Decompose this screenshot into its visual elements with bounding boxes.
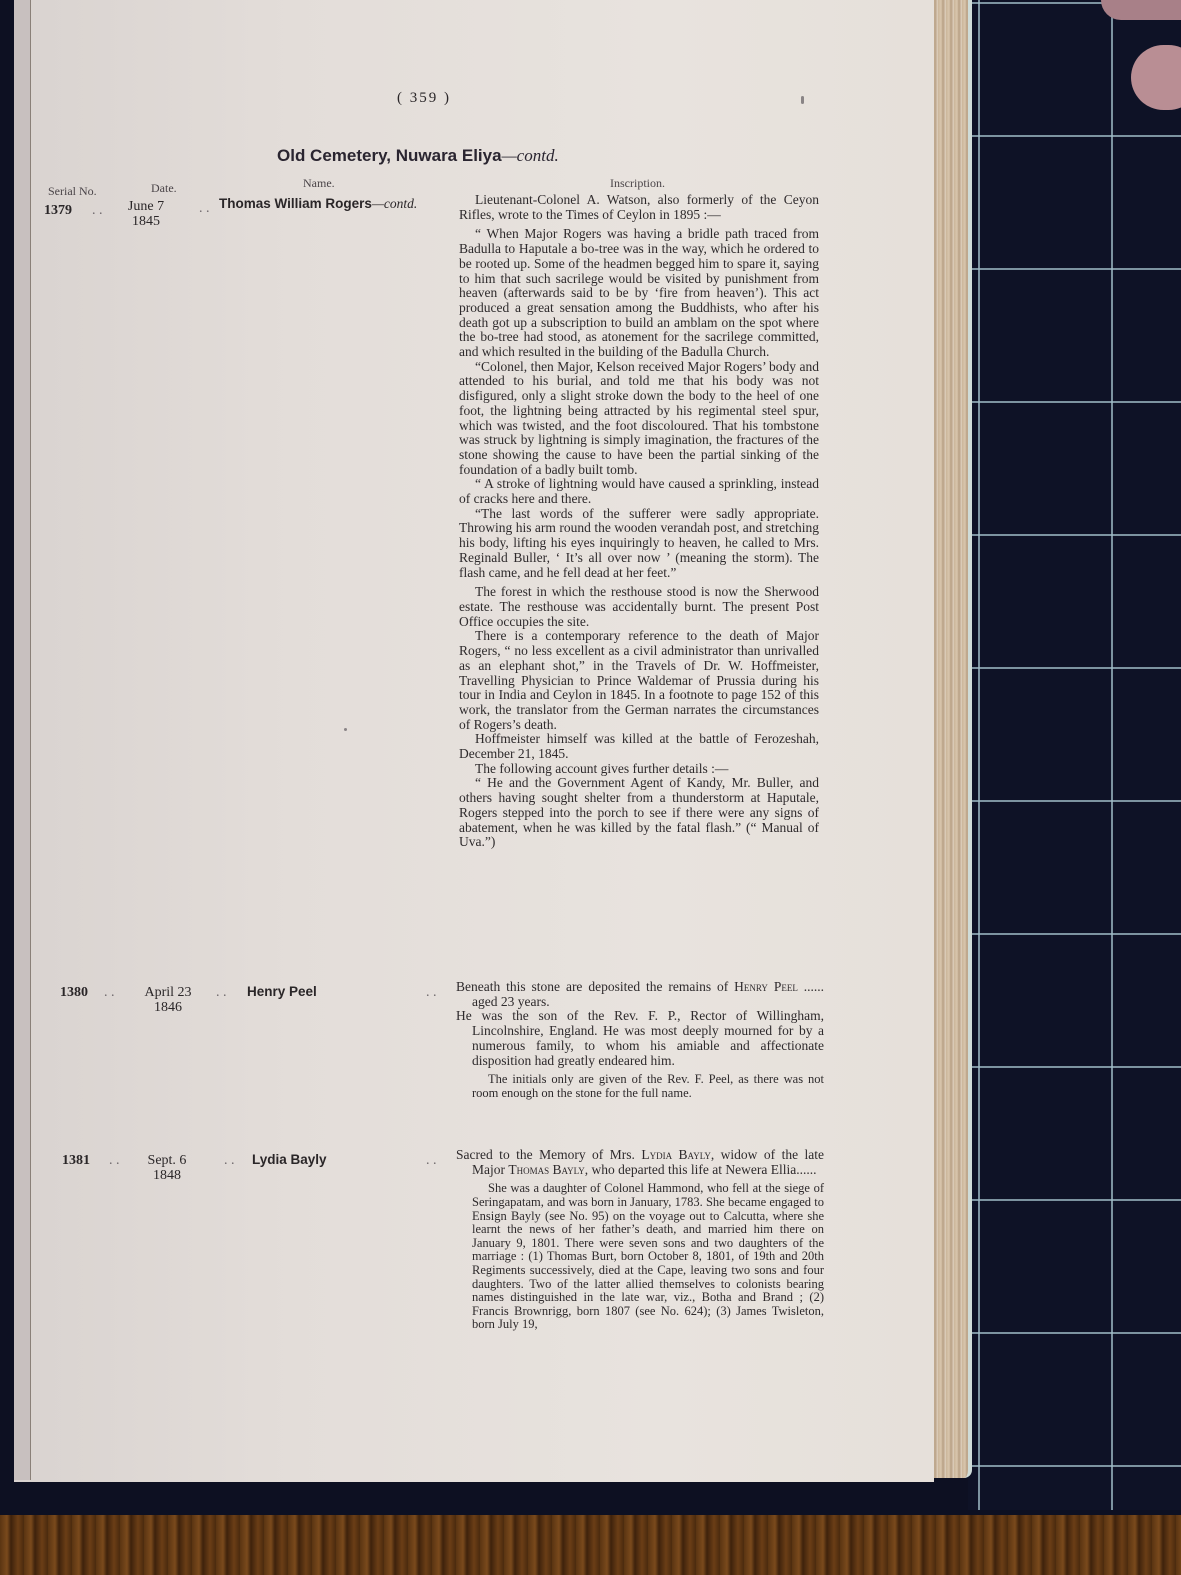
inscription-paragraph: Sacred to the Memory of Mrs. Lydia Bayly… — [456, 1148, 824, 1177]
leader-dots: . . — [216, 985, 227, 1000]
wooden-table-surface — [0, 1515, 1181, 1575]
name-text: Thomas William Rogers — [219, 196, 372, 211]
entry-date: April 23 1846 — [133, 985, 203, 1015]
inscription-paragraph: Lieutenant-Colonel A. Watson, also forme… — [459, 193, 819, 222]
leader-dots: . . — [426, 1153, 437, 1168]
inscription-paragraph: “ A stroke of lightning would have cause… — [459, 477, 819, 506]
entry-serial: 1381 — [62, 1153, 90, 1168]
leader-dots: . . — [104, 985, 115, 1000]
date-day: April 23 — [133, 985, 203, 1000]
date-year: 1845 — [111, 214, 181, 229]
inscription-paragraph: Beneath this stone are deposited the rem… — [456, 980, 824, 1009]
date-day: June 7 — [111, 199, 181, 214]
page-title: Old Cemetery, Nuwara Eliya—contd. — [277, 146, 559, 166]
inscription-paragraph: He was the son of the Rev. F. P., Rector… — [456, 1009, 824, 1068]
inscription-paragraph: “ He and the Government Agent of Kandy, … — [459, 776, 819, 850]
inscription-text: Beneath this stone are deposited the rem… — [456, 979, 734, 994]
book-page-edges — [930, 0, 972, 1478]
inscription-paragraph: “The last words of the sufferer were sad… — [459, 507, 819, 581]
ink-speck — [344, 728, 347, 731]
cutting-mat-grid — [968, 0, 1181, 1510]
date-year: 1846 — [133, 1000, 203, 1015]
leader-dots: . . — [92, 203, 103, 218]
ink-speck — [801, 96, 804, 104]
inscription-note: The initials only are given of the Rev. … — [456, 1073, 824, 1100]
entry-name: Lydia Bayly — [252, 1152, 327, 1167]
inscription-text: , who departed this life at Newera Ellia… — [585, 1162, 817, 1177]
leader-dots: . . — [426, 985, 437, 1000]
hand-finger — [1101, 0, 1181, 20]
entry-name: Thomas William Rogers—contd. — [219, 196, 417, 212]
entry-date: June 7 1845 — [111, 199, 181, 229]
inscription-paragraph: “Colonel, then Major, Kelson received Ma… — [459, 360, 819, 478]
inscription-paragraph: The following account gives further deta… — [459, 762, 819, 777]
inscription-note: She was a daughter of Colonel Hammond, w… — [456, 1182, 824, 1332]
inscription-small-caps-name: Thomas Bayly — [508, 1162, 584, 1177]
column-header-date: Date. — [151, 181, 177, 196]
leader-dots: . . — [109, 1153, 120, 1168]
previous-page-edge — [14, 0, 31, 1480]
entry-serial: 1379 — [44, 203, 72, 218]
column-header-serial: Serial No. — [48, 184, 97, 199]
inscription-paragraph: Hoffmeister himself was killed at the ba… — [459, 732, 819, 761]
hand-finger — [1131, 45, 1181, 110]
date-day: Sept. 6 — [132, 1153, 202, 1168]
inscription-paragraph: The forest in which the resthouse stood … — [459, 585, 819, 629]
column-header-name: Name. — [303, 176, 335, 191]
entry-date: Sept. 6 1848 — [132, 1153, 202, 1183]
entry-inscription: Beneath this stone are deposited the rem… — [456, 980, 824, 1100]
column-header-inscription: Inscription. — [610, 176, 665, 191]
inscription-paragraph: “ When Major Rogers was having a bridle … — [459, 227, 819, 359]
date-year: 1848 — [132, 1168, 202, 1183]
inscription-small-caps-name: Henry Peel — [734, 979, 798, 994]
name-suffix: —contd. — [372, 196, 417, 211]
inscription-paragraph: There is a contemporary reference to the… — [459, 629, 819, 732]
book-page: ( 359 ) Old Cemetery, Nuwara Eliya—contd… — [14, 0, 934, 1482]
inscription-small-caps-name: Lydia Bayly — [641, 1147, 710, 1162]
entry-inscription: Sacred to the Memory of Mrs. Lydia Bayly… — [456, 1148, 824, 1332]
leader-dots: . . — [224, 1153, 235, 1168]
inscription-text: Sacred to the Memory of Mrs. — [456, 1147, 641, 1162]
entry-name: Henry Peel — [247, 984, 317, 999]
entry-serial: 1380 — [60, 985, 88, 1000]
leader-dots: . . — [199, 201, 210, 216]
entry-inscription: Lieutenant-Colonel A. Watson, also forme… — [459, 193, 819, 850]
page-title-suffix: —contd. — [502, 146, 559, 165]
page-number: ( 359 ) — [397, 90, 451, 107]
page-title-main: Old Cemetery, Nuwara Eliya — [277, 146, 502, 165]
